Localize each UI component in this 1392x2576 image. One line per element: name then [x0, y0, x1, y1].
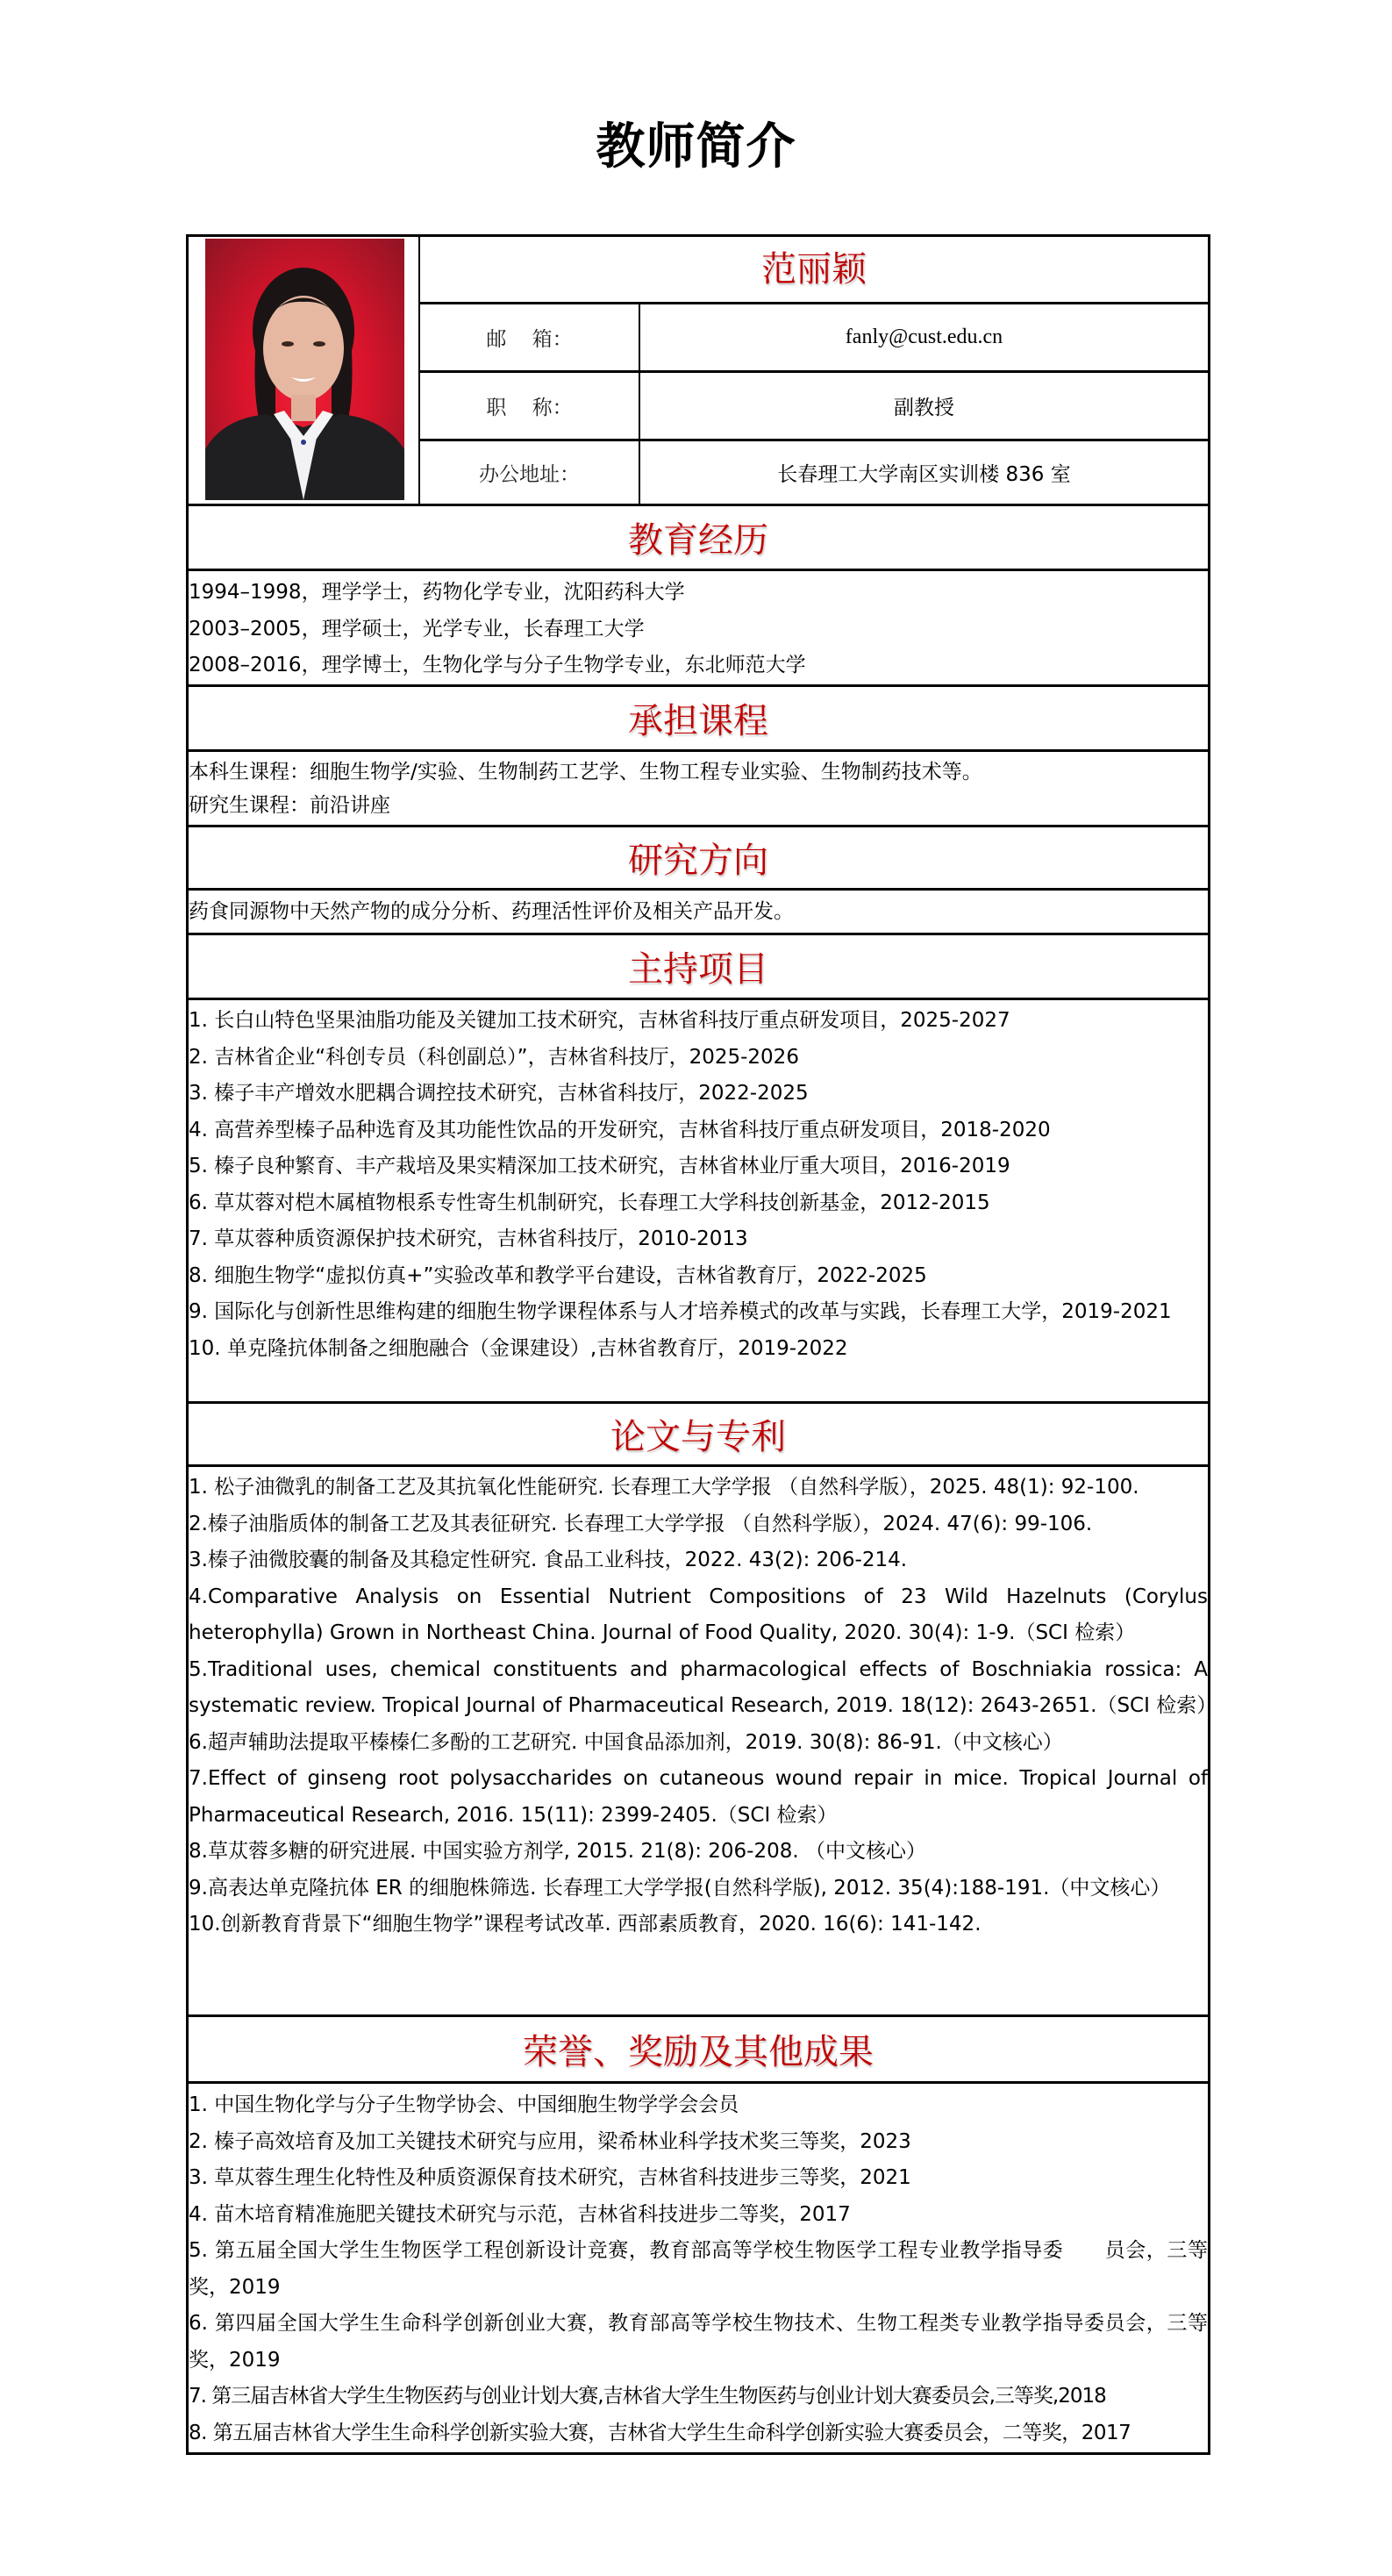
address-label: 办公地址： — [420, 441, 640, 504]
address-value: 长春理工大学南区实训楼 836 室 — [640, 441, 1208, 504]
education-item: 2008–2016，理学博士，生物化学与分子生物学专业，东北师范大学 — [189, 648, 1208, 684]
courses-body: 本科生课程：细胞生物学/实验、生物制药工艺学、生物工程专业实验、生物制药技术等。… — [189, 752, 1208, 827]
paper-item: 8.草苁蓉多糖的研究进展. 中国实验方剂学, 2015. 21(8): 206-… — [189, 1834, 1208, 1871]
email-label: 邮 箱： — [420, 304, 640, 370]
project-item: 8. 细胞生物学“虚拟仿真+”实验改革和教学平台建设，吉林省教育厅，2022-2… — [189, 1258, 1208, 1295]
project-item: 4. 高营养型榛子品种选育及其功能性饮品的开发研究，吉林省科技厅重点研发项目，2… — [189, 1113, 1208, 1149]
name-row: 范丽颖 — [420, 237, 1208, 304]
education-item: 1994–1998，理学学士，药物化学专业，沈阳药科大学 — [189, 575, 1208, 612]
profile-header: 范丽颖 邮 箱： fanly@cust.edu.cn 职 称： 副教授 办公地址… — [189, 237, 1208, 506]
honors-body: 1. 中国生物化学与分子生物学协会、中国细胞生物学学会会员 2. 榛子高效培育及… — [189, 2084, 1208, 2452]
paper-item: 7.Effect of ginseng root polysaccharides… — [189, 1761, 1208, 1834]
courses-title: 承担课程 — [628, 693, 768, 743]
paper-item: 5.Traditional uses, chemical constituent… — [189, 1652, 1208, 1725]
papers-title: 论文与专利 — [610, 1409, 786, 1459]
education-heading: 教育经历 — [189, 506, 1208, 571]
project-item: 2. 吉林省企业“科创专员（科创副总）”，吉林省科技厅，2025-2026 — [189, 1040, 1208, 1077]
education-item: 2003–2005，理学硕士，光学专业，长春理工大学 — [189, 612, 1208, 648]
project-item: 10. 单克隆抗体制备之细胞融合（金课建设）,吉林省教育厅，2019-2022 — [189, 1331, 1208, 1368]
research-body: 药食同源物中天然产物的成分分析、药理活性评价及相关产品开发。 — [189, 891, 1208, 935]
project-item: 9. 国际化与创新性思维构建的细胞生物学课程体系与人才培养模式的改革与实践，长春… — [189, 1294, 1208, 1331]
info-cells: 范丽颖 邮 箱： fanly@cust.edu.cn 职 称： 副教授 办公地址… — [420, 237, 1208, 504]
projects-heading: 主持项目 — [189, 935, 1208, 1000]
courses-heading: 承担课程 — [189, 687, 1208, 752]
honor-item: 6. 第四届全国大学生生命科学创新创业大赛，教育部高等学校生物技术、生物工程类专… — [189, 2306, 1208, 2379]
honor-item: 1. 中国生物化学与分子生物学协会、中国细胞生物学学会会员 — [189, 2087, 1208, 2124]
profile-table: 范丽颖 邮 箱： fanly@cust.edu.cn 职 称： 副教授 办公地址… — [186, 234, 1210, 2455]
address-row: 办公地址： 长春理工大学南区实训楼 836 室 — [420, 441, 1208, 504]
projects-title: 主持项目 — [628, 941, 768, 991]
paper-item: 1. 松子油微乳的制备工艺及其抗氧化性能研究. 长春理工大学学报 （自然科学版）… — [189, 1470, 1208, 1506]
course-item: 本科生课程：细胞生物学/实验、生物制药工艺学、生物工程专业实验、生物制药技术等。 — [189, 755, 1208, 789]
email-row: 邮 箱： fanly@cust.edu.cn — [420, 304, 1208, 373]
paper-item: 2.榛子油脂质体的制备工艺及其表征研究. 长春理工大学学报 （自然科学版），20… — [189, 1506, 1208, 1543]
honor-item: 8. 第五届吉林省大学生生命科学创新实验大赛，吉林省大学生生命科学创新实验大赛委… — [189, 2415, 1208, 2452]
email-value[interactable]: fanly@cust.edu.cn — [640, 304, 1208, 370]
honors-heading: 荣誉、奖励及其他成果 — [189, 2017, 1208, 2084]
title-label: 职 称： — [420, 373, 640, 439]
paper-item: 9.高表达单克隆抗体 ER 的细胞株筛选. 长春理工大学学报(自然科学版), 2… — [189, 1871, 1208, 1907]
research-heading: 研究方向 — [189, 827, 1208, 891]
papers-body: 1. 松子油微乳的制备工艺及其抗氧化性能研究. 长春理工大学学报 （自然科学版）… — [189, 1467, 1208, 2017]
portrait-illustration-icon — [205, 239, 404, 500]
photo-cell — [189, 237, 420, 504]
project-item: 6. 草苁蓉对桤木属植物根系专性寄生机制研究，长春理工大学科技创新基金，2012… — [189, 1185, 1208, 1222]
teacher-name: 范丽颖 — [761, 248, 867, 290]
honor-item: 2. 榛子高效培育及加工关键技术研究与应用，梁希林业科学技术奖三等奖，2023 — [189, 2124, 1208, 2161]
honor-item: 7. 第三届吉林省大学生生物医药与创业计划大赛,吉林省大学生生物医药与创业计划大… — [189, 2379, 1208, 2415]
portrait-photo — [205, 239, 404, 500]
project-item: 1. 长白山特色坚果油脂功能及关键加工技术研究，吉林省科技厅重点研发项目，202… — [189, 1003, 1208, 1040]
paper-item: 10.创新教育背景下“细胞生物学”课程考试改革. 西部素质教育，2020. 16… — [189, 1907, 1208, 1943]
education-body: 1994–1998，理学学士，药物化学专业，沈阳药科大学 2003–2005，理… — [189, 571, 1208, 687]
honor-item: 4. 苗木培育精准施肥关键技术研究与示范，吉林省科技进步二等奖，2017 — [189, 2197, 1208, 2234]
research-item: 药食同源物中天然产物的成分分析、药理活性评价及相关产品开发。 — [189, 894, 1208, 931]
project-item: 5. 榛子良种繁育、丰产栽培及果实精深加工技术研究，吉林省林业厅重大项目，201… — [189, 1148, 1208, 1185]
honor-item: 3. 草苁蓉生理生化特性及种质资源保育技术研究，吉林省科技进步三等奖，2021 — [189, 2160, 1208, 2197]
course-item: 研究生课程：前沿讲座 — [189, 789, 1208, 822]
paper-item: 4.Comparative Analysis on Essential Nutr… — [189, 1579, 1208, 1652]
research-title: 研究方向 — [628, 833, 768, 883]
honors-title: 荣誉、奖励及其他成果 — [523, 2024, 874, 2074]
projects-body: 1. 长白山特色坚果油脂功能及关键加工技术研究，吉林省科技厅重点研发项目，202… — [189, 1000, 1208, 1404]
project-item: 7. 草苁蓉种质资源保护技术研究，吉林省科技厅，2010-2013 — [189, 1221, 1208, 1258]
paper-item: 3.榛子油微胶囊的制备及其稳定性研究. 食品工业科技，2022. 43(2): … — [189, 1542, 1208, 1579]
title-value: 副教授 — [640, 373, 1208, 439]
education-title: 教育经历 — [628, 512, 768, 562]
honor-item: 5. 第五届全国大学生生物医学工程创新设计竞赛，教育部高等学校生物医学工程专业教… — [189, 2233, 1208, 2306]
paper-item: 6.超声辅助法提取平榛榛仁多酚的工艺研究. 中国食品添加剂，2019. 30(8… — [189, 1725, 1208, 1762]
papers-heading: 论文与专利 — [189, 1404, 1208, 1467]
title-row: 职 称： 副教授 — [420, 373, 1208, 441]
project-item: 3. 榛子丰产增效水肥耦合调控技术研究，吉林省科技厅，2022-2025 — [189, 1076, 1208, 1113]
page-title: 教师简介 — [0, 112, 1392, 182]
